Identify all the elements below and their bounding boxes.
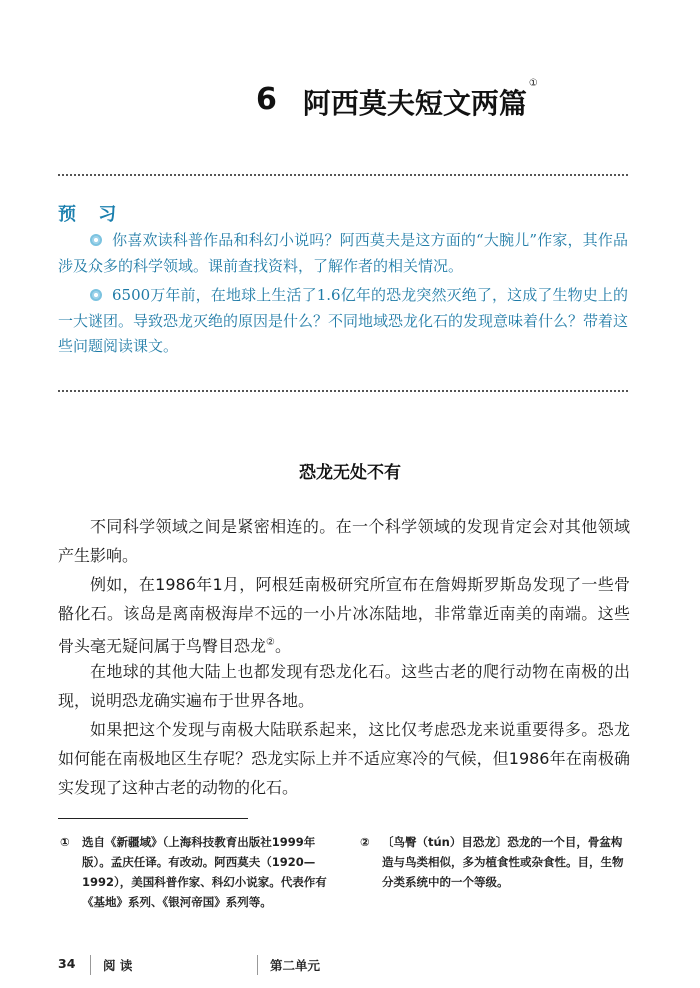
article-paragraph-3: 在地球的其他大陆上也都发现有恐龙化石。这些古老的爬行动物在南极的出现，说明恐龙确… — [58, 657, 630, 715]
footer-separator — [257, 955, 258, 975]
article-paragraph-2: 例如，在1986年1月，阿根廷南极研究所宣布在詹姆斯罗斯岛发现了一些骨骼化石。该… — [58, 570, 630, 660]
article-paragraph-2-text: 例如，在1986年1月，阿根廷南极研究所宣布在詹姆斯罗斯岛发现了一些骨骼化石。该… — [58, 575, 630, 655]
double-circle-bullet-icon — [90, 289, 102, 301]
article-paragraph-1: 不同科学领域之间是紧密相连的。在一个科学领域的发现肯定会对其他领域产生影响。 — [58, 512, 630, 570]
footnote-1: ① 选自《新疆域》（上海科技教育出版社1999年版）。孟庆任译。有改动。阿西莫夫… — [82, 832, 330, 912]
lesson-title-text: 阿西莫夫短文两篇 — [303, 82, 527, 122]
footer-separator — [90, 955, 91, 975]
lesson-number: 6 — [256, 82, 277, 117]
lesson-title: 6 阿西莫夫短文两篇 ① — [256, 82, 538, 126]
preview-item-2-text: 6500万年前，在地球上生活了1.6亿年的恐龙突然灭绝了，这成了生物史上的一大谜… — [58, 286, 628, 355]
footnote-2: ② 〔鸟臀（tún）目恐龙〕恐龙的一个目，骨盆构造与鸟类相似，多为植食性或杂食性… — [382, 832, 632, 892]
article-title: 恐龙无处不有 — [0, 458, 700, 483]
preview-item-2: 6500万年前，在地球上生活了1.6亿年的恐龙突然灭绝了，这成了生物史上的一大谜… — [58, 283, 628, 360]
footnote-1-text: 选自《新疆域》（上海科技教育出版社1999年版）。孟庆任译。有改动。阿西莫夫（1… — [82, 835, 327, 909]
footer-unit: 第二单元 — [270, 956, 320, 974]
preview-item-1-text: 你喜欢读科普作品和科幻小说吗？阿西莫夫是这方面的“大腕儿”作家，其作品涉及众多的… — [58, 231, 628, 275]
article-paragraph-2-tail: 。 — [275, 636, 291, 655]
footer-section: 阅 读 — [103, 956, 132, 974]
footnote-ref-2[interactable]: ② — [266, 637, 275, 648]
preview-item-1: 你喜欢读科普作品和科幻小说吗？阿西莫夫是这方面的“大腕儿”作家，其作品涉及众多的… — [58, 228, 628, 279]
article-paragraph-4: 如果把这个发现与南极大陆联系起来，这比仅考虑恐龙来说重要得多。恐龙如何能在南极地… — [58, 715, 630, 802]
footnote-1-mark: ① — [60, 832, 70, 852]
dotted-divider-top — [58, 174, 628, 176]
footnote-2-mark: ② — [360, 832, 370, 852]
footnote-2-text: 〔鸟臀（tún）目恐龙〕恐龙的一个目，骨盆构造与鸟类相似，多为植食性或杂食性。目… — [382, 835, 624, 889]
footnote-ref-1[interactable]: ① — [529, 78, 538, 89]
dotted-divider-bottom — [58, 390, 628, 392]
page-number: 34 — [58, 956, 75, 971]
footnote-rule — [58, 818, 248, 819]
preview-heading: 预 习 — [58, 200, 124, 226]
double-circle-bullet-icon — [90, 234, 102, 246]
